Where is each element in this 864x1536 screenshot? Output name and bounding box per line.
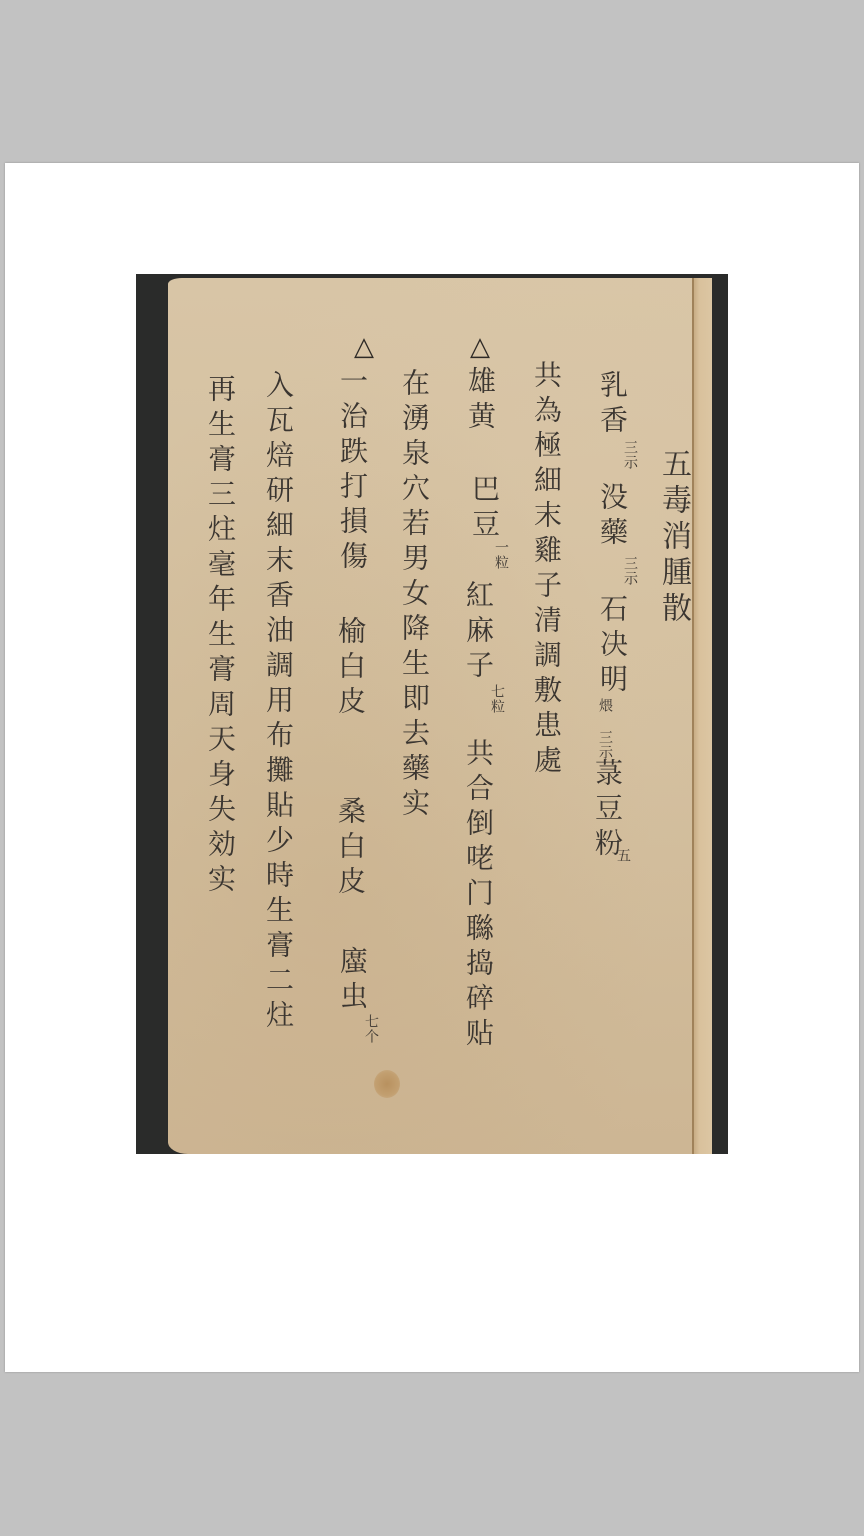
col-1-note-c: 煨 三示	[598, 698, 612, 760]
col-1-text-c: 石决明	[598, 594, 626, 699]
manuscript-scan: 五毒消腫散 乳香 三示 没藥 三示 石决明 煨 三示 菉豆粉 五 共為極細末雞子…	[136, 274, 728, 1154]
triangle-mark-icon: △	[470, 332, 490, 362]
col-3-text-d: 共合倒咾门䏈捣碎贴	[464, 738, 492, 1053]
triangle-mark-icon: △	[354, 332, 374, 362]
col-5-text-a: 一治跌打損傷	[338, 366, 366, 576]
col-5-text-b: 榆白皮	[336, 616, 364, 721]
col-1-text-b: 没藥	[598, 482, 626, 552]
manuscript-paper: 五毒消腫散 乳香 三示 没藥 三示 石决明 煨 三示 菉豆粉 五 共為極細末雞子…	[168, 278, 712, 1154]
col-5-text-d: 䗪虫	[338, 946, 366, 1016]
paper-stain	[374, 1070, 400, 1098]
col-6-text: 入瓦焙研細末香油調用布攤貼少時生膏二炷	[264, 370, 292, 1035]
col-3-note-c: 七粒	[490, 684, 504, 714]
col-5-text-c: 桑白皮	[336, 796, 364, 901]
col-1-text-a: 乳香	[598, 370, 626, 440]
col-3-text-c: 紅麻子	[464, 580, 492, 685]
col-3-note-b: 一粒	[494, 540, 508, 570]
col-5-note-d: 七个	[364, 1014, 378, 1044]
col-3-text-b: 巴豆	[470, 474, 498, 544]
col-2-text: 共為極細末雞子清調敷患處	[532, 360, 560, 780]
col-3-text-a: 雄黄	[466, 366, 494, 436]
col-1-note-b: 三示	[623, 556, 637, 586]
page-fold-edge	[692, 278, 712, 1154]
col-4-text: 在湧泉穴若男女降生即去藥实	[400, 368, 428, 823]
recipe-title: 五毒消腫散	[658, 448, 688, 628]
col-7-text: 再生膏三炷毫年生膏周天身失効实	[206, 374, 234, 899]
col-1-note-d: 五	[616, 848, 630, 863]
col-1-note-a: 三示	[623, 440, 637, 470]
